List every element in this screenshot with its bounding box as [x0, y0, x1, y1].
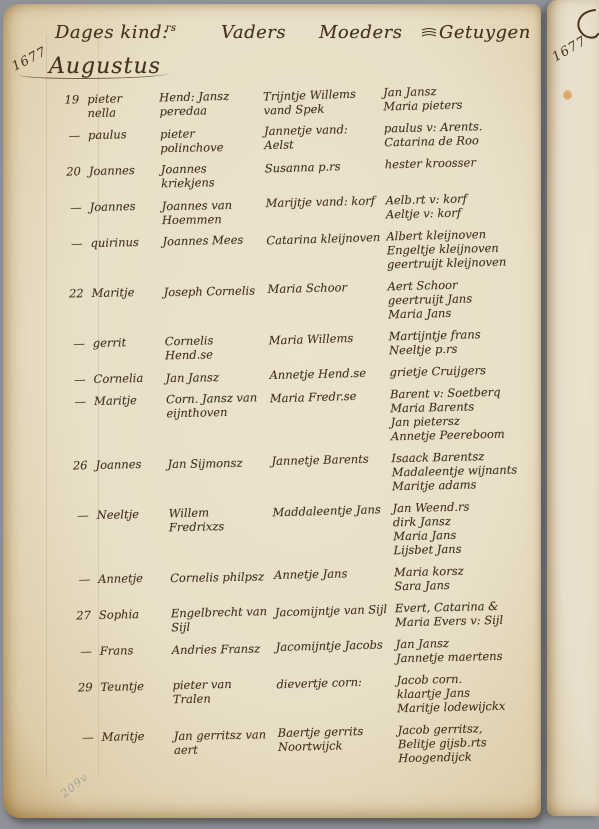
entry-father-name: Willem Fredrixzs [168, 504, 267, 562]
entry-father-name: Joseph Cornelis [164, 283, 263, 327]
entry-child-name: pieter nella [87, 91, 154, 120]
next-page-edge: 1677 [547, 0, 599, 816]
entry-mother-name: Maddaleentje Jans [272, 502, 388, 561]
foliation-pencil-note: 209v [58, 771, 91, 800]
entry-mother-name: Maria Fredr.se [270, 388, 386, 447]
register-entry: 22 Maritje Joseph Cornelis Maria Schoor … [51, 276, 540, 329]
register-entry: — Frans Andries Fransz Jacomijntje Jacob… [60, 634, 549, 673]
entry-mother-name: Jacomijntje van Sijl [275, 602, 390, 633]
entry-witnesses: Evert, Catarina & Maria Evers v: Sijl [395, 598, 548, 629]
entry-day: — [48, 128, 83, 157]
entry-father-name: pieter van Tralen [172, 676, 271, 720]
entry-day: — [54, 394, 89, 451]
entry-witnesses: Jan Weend.rs dirk Jansz Maria Jans Lijsb… [392, 498, 545, 557]
witness-name: Annetje Peereboom [391, 426, 543, 443]
witness-name: Maritje lodewijckx [397, 698, 549, 715]
entry-witnesses: Barent v: Soetberq Maria Barents Jan pie… [390, 384, 543, 443]
entry-child-name: Annetje [98, 570, 165, 599]
entry-child-name: Maritje [94, 393, 161, 450]
entry-witnesses: paulus v: Arents. Catarina de Roo [384, 118, 537, 149]
witness-name: Aeltje v: korf [386, 204, 538, 221]
entry-witnesses: Maria korsz Sara Jans [394, 562, 547, 593]
register-entry: 29 Teuntje pieter van Tralen dievertje c… [60, 670, 549, 723]
register-entry: — Cornelia Jan Jansz Annetje Hend.se gri… [53, 362, 541, 387]
header-day-child: Dages kind:rs [55, 22, 177, 43]
column-headers: Dages kind:rs Vaders Moeders Getuygen [3, 18, 541, 56]
entry-day: — [57, 508, 92, 565]
entry-child-name: quirinus [90, 235, 157, 278]
entry-witnesses: Jacob gerritsz, Belitje gijsb.rts Hoogen… [397, 720, 550, 765]
entry-father-name: Jan Jansz [165, 369, 263, 385]
witness-name: Maria pieters [383, 96, 535, 113]
entry-mother-name: Annetje Jans [274, 565, 389, 596]
entry-child-name: Maritje [102, 728, 169, 771]
entry-day: 19 [47, 92, 82, 121]
entry-father-name: Cornelis Hend.se [165, 332, 264, 362]
register-entry: — Maritje Jan gerritsz van aert Baertje … [62, 720, 551, 773]
paper-stain [563, 90, 572, 100]
entry-father-name: Corn. Jansz van eijnthoven [166, 390, 265, 448]
entry-witnesses: Martijntje frans Neeltje p.rs [389, 326, 542, 357]
witness-name: Maria Evers v: Sijl [395, 612, 547, 629]
header-witnesses-label: Getuygen [439, 22, 531, 43]
entry-father-name: Cornelis philpsz [170, 569, 268, 599]
entry-father-name: Jan gerritsz van aert [174, 727, 273, 771]
entry-father-name: Jan Sijmonsz [167, 455, 266, 499]
register-entry: 27 Sophia Engelbrecht van Sijl Jacomijnt… [59, 598, 548, 637]
register-entry: — Annetje Cornelis philpsz Annetje Jans … [58, 562, 547, 601]
entry-mother-name: Catarina kleijnoven [266, 230, 381, 275]
entry-witnesses: Jan Jansz Jannetje maertens [396, 634, 549, 665]
entry-day: — [58, 572, 93, 601]
entry-child-name: Cornelia [93, 371, 159, 386]
entry-mother-name: Susanna p.rs [265, 158, 380, 189]
entry-witnesses: Aert Schoor geertruijt Jans Maria Jans [387, 276, 540, 321]
entry-mother-name: Marijtje vand: korf [265, 193, 380, 224]
entry-day: — [50, 200, 85, 229]
entry-child-name: Teuntje [100, 678, 167, 721]
entry-mother-name: Maria Schoor [267, 279, 382, 324]
entry-mother-name: Jannetje vand: Aelst [264, 122, 379, 153]
entry-mother-name: Annetje Hend.se [269, 365, 383, 382]
entry-child-name: Joannes [95, 457, 162, 500]
entry-witnesses: Albert kleijnoven Engeltje kleijnoven ge… [386, 226, 539, 271]
entry-day: 26 [55, 458, 90, 501]
entry-day: — [60, 644, 95, 673]
entry-child-name: Joannes [89, 163, 156, 192]
entry-child-name: gerrit [93, 335, 160, 364]
register-entry: 26 Joannes Jan Sijmonsz Jannetje Barents… [55, 448, 544, 501]
entry-father-name: Andries Fransz [172, 641, 270, 671]
entry-day: 27 [59, 608, 94, 637]
entry-father-name: pieter polinchove [160, 125, 258, 155]
entry-child-name: Neeltje [97, 506, 164, 563]
register-page: Dages kind:rs Vaders Moeders Getuygen 16… [3, 4, 541, 818]
baptism-entries: 19 pieter nella Hend: Jansz peredaa Trij… [3, 78, 556, 774]
witness-name: Catarina de Roo [384, 132, 536, 149]
entry-mother-name: dievertje corn: [276, 674, 391, 719]
register-entry: — paulus pieter polinchove Jannetje vand… [48, 118, 537, 157]
entry-mother-name: Jannetje Barents [271, 451, 386, 496]
register-entry: 19 pieter nella Hend: Jansz peredaa Trij… [47, 82, 536, 121]
entry-mother-name: Baertje gerrits Noortwijck [277, 723, 392, 768]
register-entry: 20 Joannes Joannes kriekjens Susanna p.r… [49, 154, 538, 193]
entry-father-name: Hend: Jansz peredaa [159, 88, 258, 118]
witness-name: grietje Cruijgers [389, 362, 541, 379]
entry-father-name: Engelbrecht van Sijl [171, 604, 270, 634]
witness-name: Jannetje maertens [396, 648, 548, 665]
header-mothers: Moeders [319, 22, 402, 43]
entry-father-name: Joannes Mees [162, 232, 261, 276]
entry-day: — [62, 730, 97, 773]
entry-day: 20 [49, 164, 84, 193]
register-entry: — gerrit Cornelis Hend.se Maria Willems … [53, 326, 542, 365]
entry-mother-name: Jacomijntje Jacobs [276, 637, 391, 668]
entry-day: 29 [60, 680, 95, 723]
entry-witnesses: Jan Jansz Maria pieters [383, 82, 536, 113]
witness-name: Hoogendijck [398, 748, 550, 765]
register-entry: — Maritje Corn. Jansz van eijnthoven Mar… [54, 384, 543, 451]
header-fathers: Vaders [221, 22, 286, 43]
witness-name: Lijsbet Jans [393, 540, 545, 557]
entry-father-name: Joannes kriekjens [161, 160, 260, 190]
register-entry: — Neeltje Willem Fredrixzs Maddaleentje … [57, 498, 546, 565]
entry-child-name: Sophia [99, 606, 166, 635]
entry-father-name: Joannes van Hoemmen [162, 197, 260, 227]
witness-name: Maria Jans [388, 304, 540, 321]
manuscript-scan: Dages kind:rs Vaders Moeders Getuygen 16… [0, 0, 599, 829]
entry-day: — [53, 336, 88, 365]
entry-child-name: Maritje [91, 285, 158, 328]
entry-child-name: paulus [88, 127, 155, 156]
entry-witnesses: hester kroosser [385, 154, 538, 185]
entry-day: 22 [51, 286, 86, 329]
witness-name: Maritje adams [392, 476, 544, 493]
entry-day: — [50, 236, 85, 279]
header-witnesses: Getuygen [421, 22, 531, 43]
register-entry: — quirinus Joannes Mees Catarina kleijno… [50, 226, 539, 279]
register-entry: — Joannes Joannes van Hoemmen Marijtje v… [50, 190, 539, 229]
entry-day: — [53, 372, 87, 387]
flourish-icon [421, 27, 437, 39]
entry-child-name: Joannes [90, 199, 157, 228]
entry-witnesses: Aelb.rt v: korf Aeltje v: korf [385, 190, 538, 221]
entry-mother-name: Trijntje Willems vand Spek [263, 86, 378, 117]
month-heading: Augustus [49, 54, 161, 79]
header-day-child-label: Dages kind: [55, 22, 169, 43]
witness-name: hester kroosser [385, 154, 537, 171]
entry-witnesses: Isaack Barentsz Madaleentje wijnants Mar… [391, 448, 544, 493]
entry-witnesses: grietje Cruijgers [389, 362, 541, 379]
entry-child-name: Frans [100, 642, 167, 671]
witness-name: Sara Jans [394, 576, 546, 593]
witness-name: geertruijt kleijnoven [387, 254, 539, 271]
header-day-child-superscript: rs [166, 23, 177, 34]
entry-mother-name: Maria Willems [268, 330, 383, 361]
witness-name: Neeltje p.rs [389, 340, 541, 357]
entry-witnesses: Jacob corn. klaartje Jans Maritje lodewi… [396, 670, 549, 715]
